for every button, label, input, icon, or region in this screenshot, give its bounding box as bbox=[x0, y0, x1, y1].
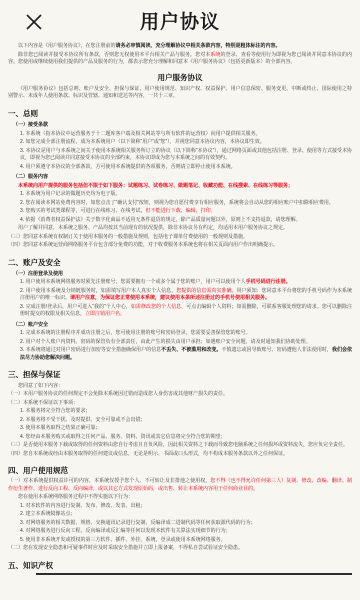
text-run: 本系统向用户提供的服务包括但不限于如下服务：试题练习、试卷练习、做题笔记、收藏功… bbox=[18, 183, 293, 189]
list-item: 3. 您购买的考试类课程等，可进行在线练习、在线考试，但不能进行下载、编辑、打印… bbox=[20, 208, 352, 216]
text-run: （一）接受条款 bbox=[13, 122, 48, 128]
paragraph: （三）您同意本系统有权制订关于使用本服务的一般措施及规则，包括电子课单付费使用的… bbox=[8, 234, 352, 242]
text-run: 四、用户使用规范 bbox=[8, 466, 68, 475]
list-item: 2. 建立本系统镜像站点； bbox=[20, 511, 352, 519]
list-item: 4. 用户须遵守本协议的全部条款，方可使用本系统提供的各项服务，否则请立即停止使… bbox=[20, 164, 352, 172]
list-item: 5. 使用非本系统开发或授权的第三方软件、插件、外挂、系统，登录或使用本系统网络… bbox=[20, 537, 352, 545]
list-item: 1. 完成本系统的注册程序并成功注册之后，您可使用注册的账号和密码登录，您需要妥… bbox=[20, 330, 352, 338]
text-run: （一）注册登录及使用 bbox=[13, 271, 63, 277]
text-run: 3. 完成注册/登录后，用户可进入“我的”个人中心， bbox=[20, 304, 131, 310]
agreement-document: 以下内容是《用户服务协议》，在您注册前的请务必审慎阅读、充分理解协议中相关条款内… bbox=[0, 40, 360, 575]
list-item: 4. 对网络服务进行反向工程、反向编译或反汇编等任何以发现本软件有关算法实现细节… bbox=[20, 528, 352, 536]
list-item: 2. 用户使用本系统及分销链服务时，如需填写用户本人真实个人信息，您提供的信息需… bbox=[20, 288, 352, 303]
section-title: 四、用户使用规范 bbox=[8, 465, 352, 476]
text-run: 1. 完成本系统的注册程序并成功注册之后，您可使用注册的账号和密码登录，您需要妥… bbox=[20, 330, 251, 336]
text-run: 手机号码进行注册。 bbox=[246, 279, 291, 285]
text-run: 4. 依据《消费者权益保护法》关于数字化商品不适用无条件退货的规定，除产品质量问… bbox=[20, 217, 301, 223]
text-run: 您同意了如下内容： bbox=[18, 383, 63, 389]
text-run: 本系统 bbox=[205, 52, 220, 58]
paragraph: 本系统向用户提供的服务包括但不限于如下服务：试题练习、试卷练习、做题笔记、收藏功… bbox=[8, 183, 352, 191]
text-run: 1. 本系统为用户记录的做题历史均为电子版。 bbox=[20, 191, 121, 197]
list-item: 3. 完成注册/登录后，用户可进入“我的”个人中心，如需修改您的个人信息，可点击… bbox=[20, 304, 352, 319]
list-item: 3. 使用本服务取得之结果正确可靠； bbox=[20, 425, 352, 433]
page-title: 用户协议 bbox=[140, 7, 220, 34]
text-run: 3. 您购买的考试类课程等，可进行在线练习、在线考试， bbox=[20, 208, 146, 214]
list-item: 3. 本协议是用户与本系统之间关于使用本系统相关服务所订立的协议（以下简称“本协… bbox=[20, 148, 352, 163]
text-run: （二）服务内容 bbox=[13, 174, 48, 180]
text-run: 五、知识产权 bbox=[8, 561, 53, 570]
text-run: 一、总则 bbox=[8, 109, 38, 118]
list-item: 1. 对本软件的内容进行复制、发布、修改、发表、出租； bbox=[20, 503, 352, 511]
text-run: 用户了解并同意，本系统之服务、产品均按其当前现有的状况提供，除非本协议另有约定，… bbox=[18, 225, 288, 231]
section-title: 五、知识产权 bbox=[8, 560, 352, 571]
text-run: 不丢失、不被滥用和改变。 bbox=[161, 347, 221, 353]
text-run: 3. 对网络服务的相关数据、规格、交换通讯记录进行复制、反编译成二进制代码等任何… bbox=[20, 520, 256, 526]
text-run: （四）您自本系统或经由本服务取得的任何建议或信息，无论是明示、书面或口头形式，均… bbox=[8, 451, 288, 457]
section-title: 二、账户及安全 bbox=[8, 257, 352, 268]
text-run: （四）您同意本系统运营商网络服务平台包含部分免费的功能，对于收费服务本系统也将在… bbox=[8, 242, 278, 248]
list-item: 1. 本系统（指本协议中运营服务于十二题库客户端及相关网站等与所有软件的运营权）… bbox=[20, 131, 352, 139]
list-item: 3. 本系统将通过对用户密码进行加密等安全措施确保用户的信息不丢失、不被滥用和改… bbox=[20, 347, 352, 362]
text-run: 《用户服务协议》包括总则、账户及安全、担保与保证、用户使用规范、知识产权、权益保… bbox=[8, 86, 352, 100]
user-agreement-screen: 用户协议 以下内容是《用户服务协议》，在您注册前的请务必审慎阅读、充分理解协议中… bbox=[0, 0, 360, 600]
text-run: （三）您同意本系统有权制订关于使用本服务的一般措施及规则，包括电子课单付费使用的… bbox=[8, 234, 248, 240]
text-run: 以下内容是《用户服务协议》，在您注册前的 bbox=[18, 43, 116, 49]
paragraph: 您同意了如下内容： bbox=[8, 383, 352, 391]
text-run: 立即注销用户名。 bbox=[85, 311, 125, 317]
text-run: （一）对本系统提供权益许可的内容，本系统仅授予您个人、不可转让及非排他之使用权， bbox=[8, 478, 210, 484]
text-run: 2. 建立本系统镜像站点； bbox=[20, 511, 76, 517]
text-run: 3. 本系统将通过对用户密码进行加密等安全措施确保用户的信息 bbox=[20, 347, 161, 353]
section-title: 一、总则 bbox=[8, 108, 352, 119]
list-item: 2. 如您完成全部注册流程，成为本系统用户（以下简称“用户”或“您”），并视您同… bbox=[20, 139, 352, 147]
close-icon bbox=[24, 12, 44, 32]
paragraph: 用户了解并同意，本系统之服务、产品均按其当前现有的状况提供，除非本协议另有约定，… bbox=[8, 225, 352, 233]
text-run: 请务必审慎阅读、充分理解协议中相关条款内容，特别是粗体标注的内容。 bbox=[116, 43, 281, 49]
list-item: 2. 用户对个人账户内资料、密码的保管负有全部责任，由此产生的损失由用户承担；如… bbox=[20, 339, 352, 347]
text-run: （三）是否使用本服务下载或取得的任何资料由您自行考虑且自负风险，因此相关资料之下… bbox=[8, 442, 348, 448]
paragraph: （一）本用户服务协议的任何规定不会免除本系统因过错而造成您人身伤害或其他财产损失… bbox=[8, 391, 352, 399]
paragraph: （二）您在发现安全隐患和可疑事件时应及时采取安全措施并立即上报备案，不得私自尝试… bbox=[8, 545, 352, 553]
text-run: 除非您已阅读并接受本协议所有条款，否则您无权使用本平台相关产品与服务。您对 bbox=[18, 52, 205, 58]
text-run: 三、担保与保证 bbox=[8, 370, 61, 379]
text-run: （二）您在发现安全隐患和可疑事件时应及时采取安全措施并立即上报备案，不得私自尝试… bbox=[8, 545, 243, 551]
paragraph: （四）您同意本系统运营商网络服务平台包含部分免费的功能，对于收费服务本系统也将在… bbox=[8, 242, 352, 250]
paragraph: 您在使用本系统网络服务过程中不得实施以下行为： bbox=[8, 494, 352, 502]
text-run: 您在使用本系统网络服务过程中不得实施以下行为： bbox=[18, 494, 133, 500]
text-run: （二）本系统不保证以下事项： bbox=[8, 400, 78, 406]
text-run: 如需修改您的个人信息， bbox=[131, 304, 186, 310]
text-run: 2. 您在阅读本网站免费内容时，如您点击了“确认支付”按钮，则视为您自愿付费享有… bbox=[20, 200, 334, 206]
list-item: 3. 对网络服务的相关数据、规格、交换通讯记录进行复制、反编译成二进制代码等任何… bbox=[20, 520, 352, 528]
text-run: （一）本用户服务协议的任何规定不会免除本系统因过错而造成您人身伤害或其他财产损失… bbox=[8, 391, 228, 397]
text-run: 4. 用户须遵守本协议的全部条款，方可使用本系统提供的各项服务，否则请立即停止使… bbox=[20, 164, 236, 170]
text-run: 1. 本服务将完全符合您的要求； bbox=[20, 408, 91, 414]
text-run: 4. 您经由本服务购买或取得之任何产品、服务、资料、资讯或其它信息将完全符合您的… bbox=[20, 434, 226, 440]
list-item: 1. 用户使用本系统网络服务时须先注册账号，您需要拥有一个或多个属于您的账户，用… bbox=[20, 279, 352, 287]
list-item: 1. 本服务将完全符合您的要求； bbox=[20, 408, 352, 416]
cutoff-content-edge bbox=[36, 573, 352, 575]
text-run: 但不能进行下载、编辑、打印。 bbox=[146, 208, 216, 214]
text-run: 用户服务协议 bbox=[158, 73, 203, 82]
text-run: 4. 对网络服务进行反向工程、反向编译或反汇编等任何以发现本软件有关算法实现细节… bbox=[20, 528, 231, 534]
text-run: 5. 使用非本系统开发或授权的第三方软件、插件、外挂、系统，登录或使用本系统网络… bbox=[20, 537, 226, 543]
text-run: 2. 用户对个人账户内资料、密码的保管负有全部责任，由此产生的损失由用户承担；如… bbox=[20, 339, 311, 345]
paragraph: （四）您自本系统或经由本服务取得的任何建议或信息，无论是明示、书面或口头形式，均… bbox=[8, 451, 352, 459]
paragraph: （二）本系统不保证以下事项： bbox=[8, 400, 352, 408]
document-subtitle: 用户服务协议 bbox=[8, 72, 352, 83]
sub-heading: （二）服务内容 bbox=[8, 174, 352, 182]
text-run: 1. 对本软件的内容进行复制、发布、修改、发表、出租； bbox=[20, 503, 146, 509]
text-run: （二）账户安全 bbox=[13, 322, 48, 328]
paragraph: （三）是否使用本服务下载或取得的任何资料由您自行考虑且自负风险，因此相关资料之下… bbox=[8, 442, 352, 450]
list-item: 4. 依据《消费者权益保护法》关于数字化商品不适用无条件退货的规定，除产品质量问… bbox=[20, 217, 352, 225]
text-run: 二、账户及安全 bbox=[8, 258, 61, 267]
text-run: 3. 本协议是用户与本系统之间关于使用本系统相关服务所订立的协议（以下简称“本协… bbox=[20, 148, 352, 162]
text-run: 1. 本系统（指本协议中运营服务于十二题库客户端及相关网站等与所有软件的运营权）… bbox=[20, 131, 261, 137]
list-item: 4. 您经由本服务购买或取得之任何产品、服务、资料、资讯或其它信息将完全符合您的… bbox=[20, 434, 352, 442]
list-item: 1. 本系统为用户记录的做题历史均为电子版。 bbox=[20, 191, 352, 199]
text-run: 1. 用户使用本系统网络服务时须先注册账号，您需要拥有一个或多个属于您的账户，用… bbox=[20, 279, 246, 285]
sub-heading: （二）账户安全 bbox=[8, 322, 352, 330]
sub-heading: （一）注册登录及使用 bbox=[8, 271, 352, 279]
section-title: 三、担保与保证 bbox=[8, 369, 352, 380]
text-run: 请用户注意，为保证您正常使用本系统，建议使用本条所述注册过的手机号使用相关服务。 bbox=[70, 295, 270, 301]
text-run: 不慎遗忘或因导致账号、密码遭他人非法使用时， bbox=[221, 347, 331, 353]
text-run: 您提供的信息需真实准确。 bbox=[176, 288, 236, 294]
text-run: 2. 本服务将不受干扰、及时提供、安全可靠或不会出错； bbox=[20, 417, 146, 423]
text-run: 2. 用户使用本系统及分销链服务时，如需填写用户本人真实个人信息， bbox=[20, 288, 176, 294]
sub-heading: （一）接受条款 bbox=[8, 122, 352, 130]
close-button[interactable] bbox=[18, 6, 50, 38]
list-item: 2. 您在阅读本网站免费内容时，如您点击了“确认支付”按钮，则视为您自愿付费享有… bbox=[20, 200, 352, 208]
text-run: 3. 使用本服务取得之结果正确可靠； bbox=[20, 425, 101, 431]
paragraph: （一）对本系统提供权益许可的内容，本系统仅授予您个人、不可转让及非排他之使用权，… bbox=[8, 478, 352, 493]
intro-paragraph: 《用户服务协议》包括总则、账户及安全、担保与保证、用户使用规范、知识产权、权益保… bbox=[8, 86, 352, 101]
preamble-paragraph: 以下内容是《用户服务协议》，在您注册前的请务必审慎阅读、充分理解协议中相关条款内… bbox=[8, 43, 352, 51]
list-item: 2. 本服务将不受干扰、及时提供、安全可靠或不会出错； bbox=[20, 417, 352, 425]
header-bar: 用户协议 bbox=[0, 0, 360, 40]
text-run: 2. 如您完成全部注册流程，成为本系统用户（以下简称“用户”或“您”），并视您同… bbox=[20, 139, 265, 145]
preamble-paragraph: 除非您已阅读并接受本协议所有条款，否则您无权使用本平台相关产品与服务。您对本系统… bbox=[8, 52, 352, 67]
